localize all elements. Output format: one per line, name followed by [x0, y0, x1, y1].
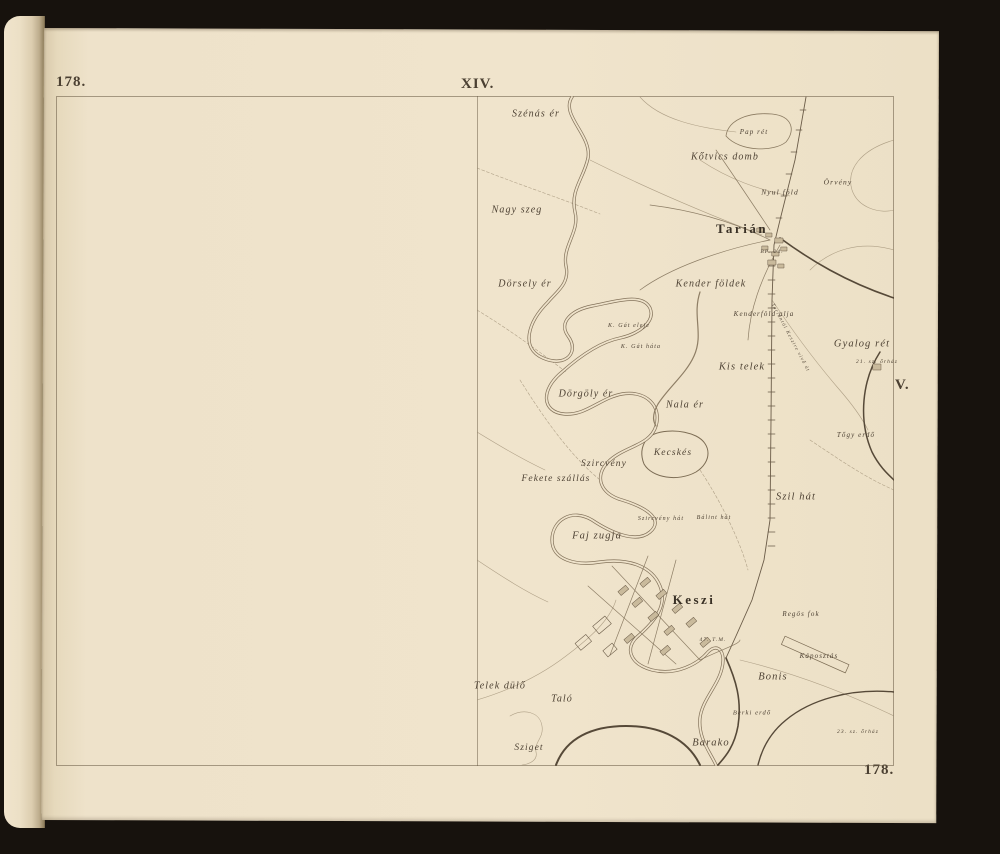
pap-ret-outline	[726, 114, 791, 149]
minor-roads	[588, 150, 780, 664]
book-spine-page-curl	[4, 16, 45, 828]
main-roads	[556, 238, 894, 765]
boundary-lines	[477, 97, 894, 765]
plate-number-top: XIV.	[461, 76, 494, 93]
railway-ticks	[768, 110, 806, 546]
railway-line	[726, 97, 806, 658]
kaposztas-strip	[781, 636, 849, 673]
map-drawing	[477, 96, 894, 766]
page-number-top-left: 178.	[56, 74, 86, 91]
plate-number-right: V.	[895, 377, 910, 394]
kecskes-outline	[642, 431, 708, 477]
tarian-village-blocks	[757, 228, 881, 370]
keszi-outlying-plots	[575, 616, 617, 657]
nala-er-channel	[654, 292, 700, 426]
river-meander	[529, 97, 723, 765]
